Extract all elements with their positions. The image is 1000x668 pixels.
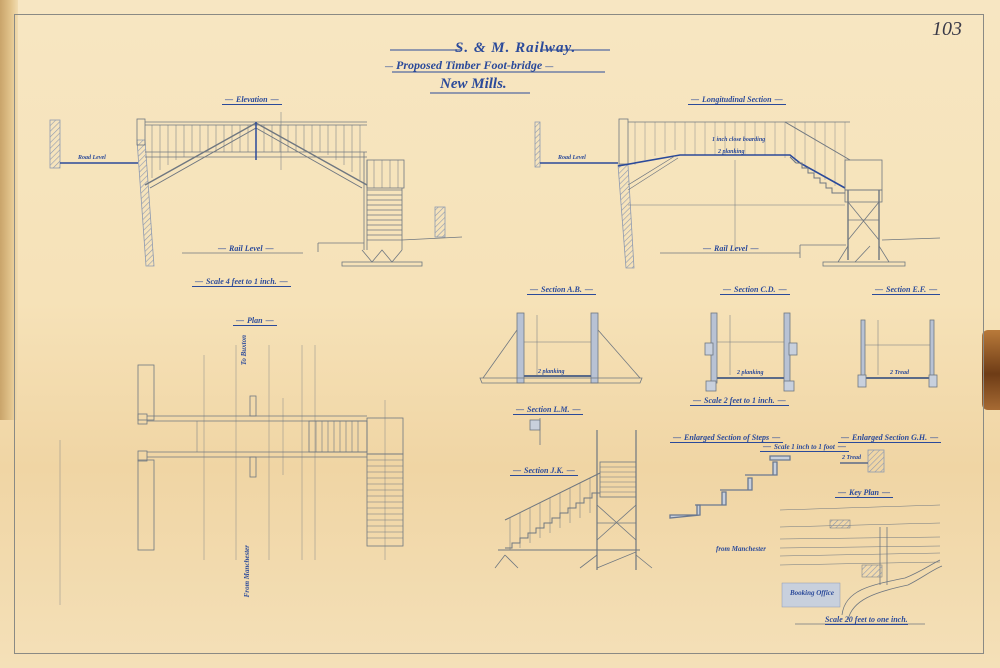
section-jk-view [495, 430, 652, 570]
elevation-label: Elevation [222, 95, 282, 105]
rail-level-label: Rail Level [215, 244, 277, 253]
key-plan-label: Key Plan [835, 488, 893, 498]
road-level-label: Road Level [78, 155, 106, 161]
to-direction-label: To Buxton [240, 335, 248, 365]
key-plan-scale-label: Scale 20 feet to one inch. [825, 615, 908, 625]
from-manchester-note: from Manchester [716, 545, 766, 553]
title-location: New Mills. [440, 76, 507, 93]
enlarged-steps-view [670, 456, 790, 518]
section-ef-label: Section E.F. [872, 285, 940, 295]
enlarged-steps-scale: Scale 1 inch to 1 foot [760, 442, 849, 452]
section-ef-tread: 2 Tread [890, 370, 909, 376]
section-lm-label: Section L.M. [513, 405, 583, 415]
section-jk-label: Section J.K. [510, 466, 578, 476]
section-ab-planking: 2 planking [538, 369, 565, 375]
enlarged-gh-tread: 2 Tread [842, 455, 861, 461]
section-ef-view [858, 320, 937, 387]
elevation-view [50, 112, 462, 266]
longitudinal-section-label: Longitudinal Section [688, 95, 786, 105]
section-cd-planking: 2 planking [737, 370, 764, 376]
boarding-note: 1 inch close boarding [712, 137, 765, 143]
section-cd-view [705, 313, 797, 391]
section-ab-label: Section A.B. [527, 285, 596, 295]
elevation-scale-label: Scale 4 feet to 1 inch. [192, 277, 291, 287]
plan-label: Plan [233, 316, 277, 326]
section-lm-view [530, 418, 540, 445]
enlarged-gh-view [840, 450, 884, 472]
sheet-number: 103 [932, 18, 962, 41]
title-project: Proposed Timber Foot-bridge [382, 58, 556, 73]
sections-scale-label: Scale 2 feet to 1 inch. [690, 396, 789, 406]
rail-level-label-2: Rail Level [700, 244, 762, 253]
from-direction-label: From Manchester [243, 545, 251, 597]
plan-view [60, 345, 403, 605]
key-plan-view [780, 505, 942, 624]
road-level-label-2: Road Level [558, 155, 586, 161]
section-cd-label: Section C.D. [720, 285, 790, 295]
enlarged-gh-label: Enlarged Section G.H. [838, 433, 941, 443]
drawing-sheet: S. & M. Railway. Proposed Timber Foot-br… [0, 0, 1000, 668]
title-railway: S. & M. Railway. [455, 40, 576, 57]
planking-note: 2 planking [718, 149, 745, 155]
technical-drawing [0, 0, 1000, 668]
booking-office-label: Booking Office [790, 589, 834, 597]
